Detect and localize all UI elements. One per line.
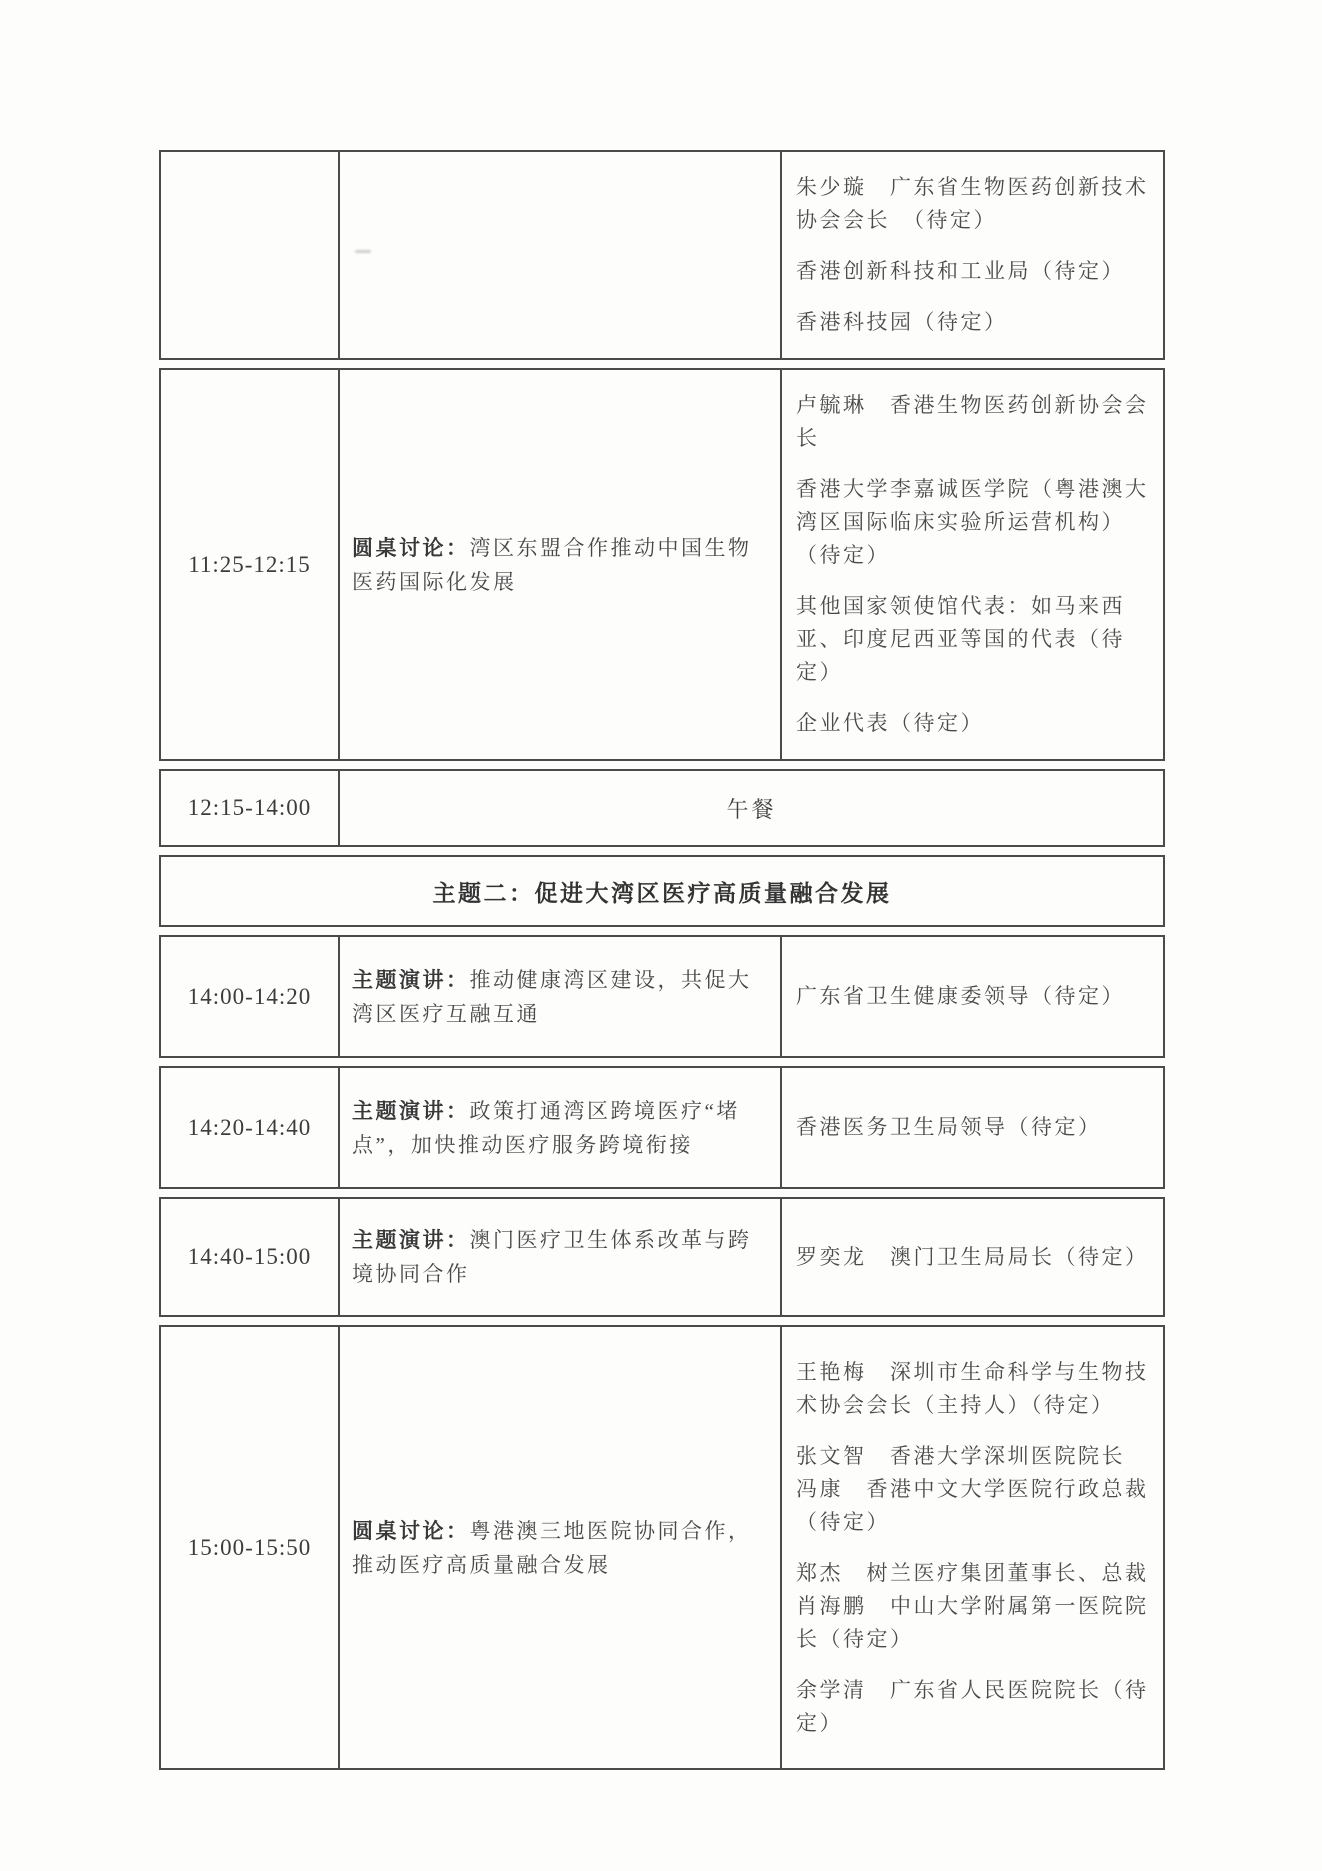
- scanned-page: 朱少璇 广东省生物医药创新技术协会会长 （待定）香港创新科技和工业局（待定）香港…: [0, 0, 1322, 1871]
- topic-type-label: 主题演讲：: [352, 1228, 470, 1252]
- speakers-cell: 朱少璇 广东省生物医药创新技术协会会长 （待定）香港创新科技和工业局（待定）香港…: [782, 152, 1163, 358]
- speaker-entry: 王艳梅 深圳市生命科学与生物技术协会会长（主持人）（待定）: [796, 1356, 1153, 1422]
- speaker-entry: 朱少璇 广东省生物医药创新技术协会会长 （待定）: [796, 171, 1153, 237]
- table-row: 主题二：促进大湾区医疗高质量融合发展: [159, 855, 1165, 927]
- topic-cell: 主题演讲：政策打通湾区跨境医疗“堵点”，加快推动医疗服务跨境衔接: [340, 1068, 782, 1187]
- table-row: 14:00-14:20主题演讲：推动健康湾区建设，共促大湾区医疗互融互通广东省卫…: [159, 935, 1165, 1058]
- topic-cell: 主题演讲：澳门医疗卫生体系改革与跨境协同合作: [340, 1199, 782, 1315]
- topic-type-label: 圆桌讨论：: [352, 536, 470, 560]
- topic-type-label: 主题演讲：: [352, 968, 470, 992]
- time-cell: 12:15-14:00: [161, 771, 340, 845]
- agenda-table: 朱少璇 广东省生物医药创新技术协会会长 （待定）香港创新科技和工业局（待定）香港…: [159, 150, 1165, 1778]
- speaker-entry: 香港大学李嘉诚医学院（粤港澳大湾区国际临床实验所运营机构）（待定）: [796, 473, 1153, 572]
- table-row: 12:15-14:00午餐: [159, 769, 1165, 847]
- speakers-cell: 卢毓琳 香港生物医药创新协会会长香港大学李嘉诚医学院（粤港澳大湾区国际临床实验所…: [782, 370, 1163, 759]
- time-cell: [161, 152, 340, 358]
- time-cell: 14:20-14:40: [161, 1068, 340, 1187]
- speaker-entry: 罗奕龙 澳门卫生局局长（待定）: [796, 1241, 1153, 1274]
- topic-cell: [340, 152, 782, 358]
- topic-cell: 主题演讲：推动健康湾区建设，共促大湾区医疗互融互通: [340, 937, 782, 1056]
- speakers-cell: 香港医务卫生局领导（待定）: [782, 1068, 1163, 1187]
- speaker-entry: 卢毓琳 香港生物医药创新协会会长: [796, 389, 1153, 455]
- topic-cell: 圆桌讨论：湾区东盟合作推动中国生物医药国际化发展: [340, 370, 782, 759]
- speaker-entry: 郑杰 树兰医疗集团董事长、总裁肖海鹏 中山大学附属第一医院院长（待定）: [796, 1557, 1153, 1656]
- speaker-entry: 企业代表（待定）: [796, 707, 1153, 740]
- time-cell: 14:40-15:00: [161, 1199, 340, 1315]
- speaker-entry: 香港创新科技和工业局（待定）: [796, 255, 1153, 288]
- speaker-entry: 张文智 香港大学深圳医院院长 冯康 香港中文大学医院行政总裁（待定）: [796, 1440, 1153, 1539]
- speaker-entry: 其他国家领使馆代表：如马来西亚、印度尼西亚等国的代表（待定）: [796, 590, 1153, 689]
- speaker-entry: 余学清 广东省人民医院院长（待定）: [796, 1674, 1153, 1740]
- speaker-entry: 香港科技园（待定）: [796, 306, 1153, 339]
- topic-type-label: 圆桌讨论：: [352, 1519, 470, 1543]
- topic-cell: 圆桌讨论：粤港澳三地医院协同合作，推动医疗高质量融合发展: [340, 1327, 782, 1768]
- speaker-entry: 广东省卫生健康委领导（待定）: [796, 980, 1153, 1013]
- topic-type-label: 主题演讲：: [352, 1099, 470, 1123]
- speaker-entry: 香港医务卫生局领导（待定）: [796, 1111, 1153, 1144]
- table-row: 11:25-12:15圆桌讨论：湾区东盟合作推动中国生物医药国际化发展卢毓琳 香…: [159, 368, 1165, 761]
- table-row: 15:00-15:50圆桌讨论：粤港澳三地医院协同合作，推动医疗高质量融合发展王…: [159, 1325, 1165, 1770]
- table-row: 14:20-14:40主题演讲：政策打通湾区跨境医疗“堵点”，加快推动医疗服务跨…: [159, 1066, 1165, 1189]
- speakers-cell: 王艳梅 深圳市生命科学与生物技术协会会长（主持人）（待定）张文智 香港大学深圳医…: [782, 1327, 1163, 1768]
- time-cell: 11:25-12:15: [161, 370, 340, 759]
- merged-activity-cell: 午餐: [340, 771, 1163, 845]
- speakers-cell: 罗奕龙 澳门卫生局局长（待定）: [782, 1199, 1163, 1315]
- speakers-cell: 广东省卫生健康委领导（待定）: [782, 937, 1163, 1056]
- table-row: 朱少璇 广东省生物医药创新技术协会会长 （待定）香港创新科技和工业局（待定）香港…: [159, 150, 1165, 360]
- time-cell: 15:00-15:50: [161, 1327, 340, 1768]
- table-row: 14:40-15:00主题演讲：澳门医疗卫生体系改革与跨境协同合作罗奕龙 澳门卫…: [159, 1197, 1165, 1317]
- theme-banner: 主题二：促进大湾区医疗高质量融合发展: [161, 857, 1163, 925]
- time-cell: 14:00-14:20: [161, 937, 340, 1056]
